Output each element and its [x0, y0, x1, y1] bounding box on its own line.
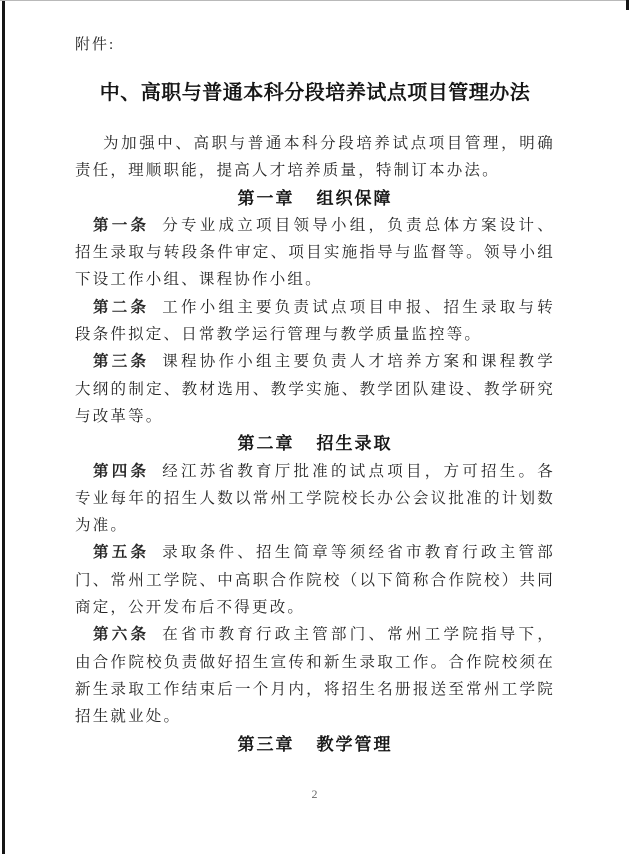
intro-line: 责任，理顺职能，提高人才培养质量，特制订本办法。 — [75, 157, 555, 184]
article-lead: 第一条 — [93, 217, 149, 234]
article-line: 第二条工作小组主要负责试点项目申报、招生录取与转 — [75, 294, 555, 321]
article-6: 第六条在省市教育行政主管部门、常州工学院指导下， 由合作院校负责做好招生宣传和新… — [75, 621, 555, 730]
article-lead: 第五条 — [93, 544, 149, 561]
article-text: 分专业成立项目领导小组，负责总体方案设计、 — [162, 217, 555, 234]
attachment-label: 附件: — [75, 36, 555, 54]
article-line: 下设工作小组、课程协作小组。 — [75, 266, 555, 293]
article-line: 第六条在省市教育行政主管部门、常州工学院指导下， — [75, 621, 555, 648]
scan-edge-left — [2, 0, 5, 854]
article-line: 专业每年的招生人数以常州工学院校长办公会议批准的计划数 — [75, 485, 555, 512]
article-line: 门、常州工学院、中高职合作院校（以下简称合作院校）共同 — [75, 567, 555, 594]
article-text: 经江苏省教育厅批准的试点项目，方可招生。各 — [162, 463, 555, 480]
article-line: 商定，公开发布后不得更改。 — [75, 594, 555, 621]
article-line: 第四条经江苏省教育厅批准的试点项目，方可招生。各 — [75, 458, 555, 485]
article-lead: 第二条 — [93, 299, 149, 316]
document-content: 附件: 中、高职与普通本科分段培养试点项目管理办法 为加强中、高职与普通本科分段… — [75, 0, 555, 758]
chapter-3-heading: 第三章教学管理 — [75, 731, 555, 758]
chapter-name: 组织保障 — [317, 189, 393, 208]
chapter-2-heading: 第二章招生录取 — [75, 430, 555, 457]
article-4: 第四条经江苏省教育厅批准的试点项目，方可招生。各 专业每年的招生人数以常州工学院… — [75, 458, 555, 540]
article-line: 第一条分专业成立项目领导小组，负责总体方案设计、 — [75, 212, 555, 239]
intro-line: 为加强中、高职与普通本科分段培养试点项目管理，明确 — [75, 130, 555, 157]
article-line: 为准。 — [75, 512, 555, 539]
chapter-number: 第一章 — [238, 189, 295, 208]
chapter-name: 教学管理 — [317, 735, 393, 754]
article-line: 段条件拟定、日常教学运行管理与教学质量监控等。 — [75, 321, 555, 348]
article-1: 第一条分专业成立项目领导小组，负责总体方案设计、 招生录取与转段条件审定、项目实… — [75, 212, 555, 294]
document-body: 为加强中、高职与普通本科分段培养试点项目管理，明确 责任，理顺职能，提高人才培养… — [75, 130, 555, 758]
article-line: 由合作院校负责做好招生宣传和新生录取工作。合作院校须在 — [75, 649, 555, 676]
article-5: 第五条录取条件、招生简章等须经省市教育行政主管部 门、常州工学院、中高职合作院校… — [75, 539, 555, 621]
article-line: 大纲的制定、教材选用、教学实施、教学团队建设、教学研究 — [75, 376, 555, 403]
article-line: 招生录取与转段条件审定、项目实施指导与监督等。领导小组 — [75, 239, 555, 266]
article-lead: 第六条 — [93, 626, 149, 643]
article-line: 与改革等。 — [75, 403, 555, 430]
chapter-name: 招生录取 — [317, 434, 393, 453]
article-text: 工作小组主要负责试点项目申报、招生录取与转 — [162, 299, 555, 316]
chapter-number: 第三章 — [238, 735, 295, 754]
article-2: 第二条工作小组主要负责试点项目申报、招生录取与转 段条件拟定、日常教学运行管理与… — [75, 294, 555, 349]
article-lead: 第三条 — [93, 353, 149, 370]
article-lead: 第四条 — [93, 463, 149, 480]
page-number: 2 — [0, 787, 629, 801]
article-line: 第五条录取条件、招生简章等须经省市教育行政主管部 — [75, 539, 555, 566]
article-3: 第三条课程协作小组主要负责人才培养方案和课程教学 大纲的制定、教材选用、教学实施… — [75, 348, 555, 430]
scanned-document-page: 附件: 中、高职与普通本科分段培养试点项目管理办法 为加强中、高职与普通本科分段… — [0, 0, 629, 854]
article-text: 录取条件、招生简章等须经省市教育行政主管部 — [162, 544, 555, 561]
article-line: 招生就业处。 — [75, 703, 555, 730]
article-text: 课程协作小组主要负责人才培养方案和课程教学 — [162, 353, 555, 370]
chapter-1-heading: 第一章组织保障 — [75, 185, 555, 212]
chapter-number: 第二章 — [238, 434, 295, 453]
article-text: 在省市教育行政主管部门、常州工学院指导下， — [162, 626, 555, 643]
article-line: 第三条课程协作小组主要负责人才培养方案和课程教学 — [75, 348, 555, 375]
document-title: 中、高职与普通本科分段培养试点项目管理办法 — [75, 80, 555, 106]
article-line: 新生录取工作结束后一个月内，将招生名册报送至常州工学院 — [75, 676, 555, 703]
